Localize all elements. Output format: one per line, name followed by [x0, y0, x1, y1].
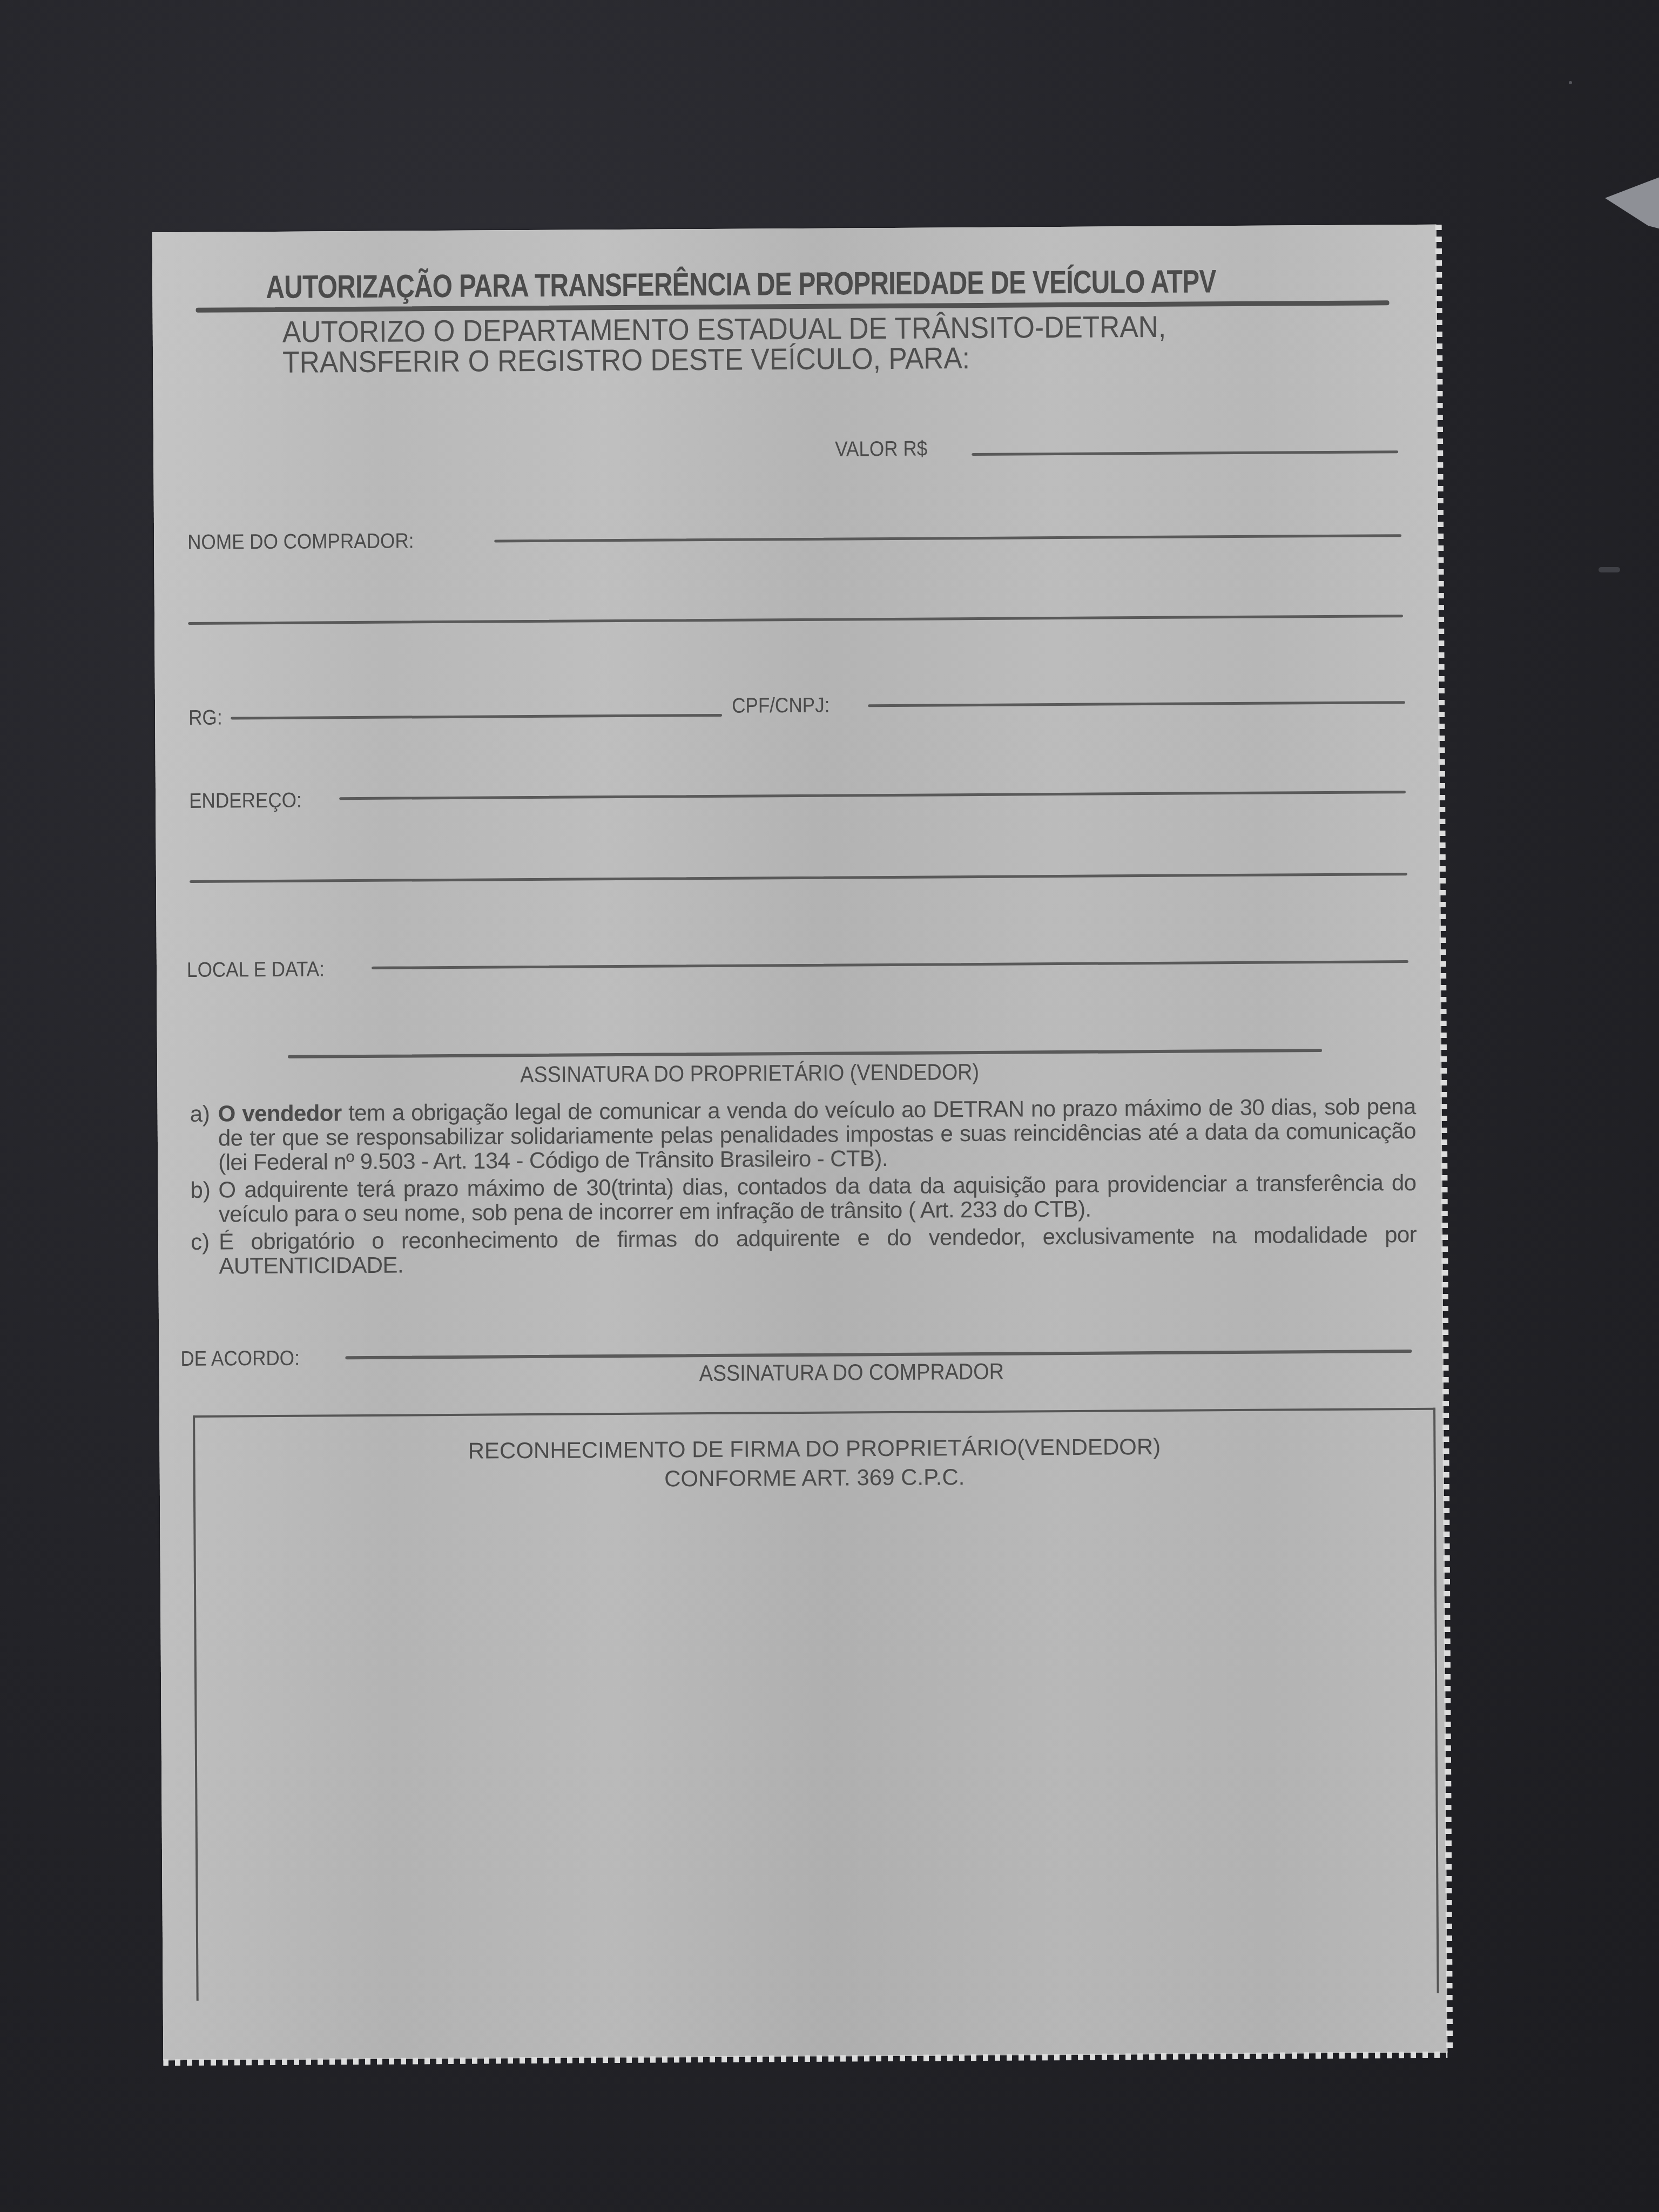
- dust-speck: [1569, 81, 1572, 84]
- note-body: tem a obrigação legal de comunicar a ven…: [218, 1094, 1416, 1175]
- note-text: O adquirente terá prazo máximo de 30(tri…: [218, 1170, 1417, 1226]
- vendedor-signature-line[interactable]: [288, 1049, 1322, 1058]
- vendedor-signature-caption: ASSINATURA DO PROPRIETÁRIO (VENDEDOR): [520, 1059, 979, 1088]
- local-data-label: LOCAL E DATA:: [187, 957, 325, 982]
- legal-note-b: b) O adquirente terá prazo máximo de 30(…: [190, 1170, 1417, 1226]
- notary-recognition-box[interactable]: RECONHECIMENTO DE FIRMA DO PROPRIETÁRIO(…: [193, 1408, 1439, 2001]
- endereco-label: ENDEREÇO:: [189, 789, 302, 813]
- note-letter: a): [190, 1102, 219, 1175]
- rg-label: RG:: [188, 706, 222, 730]
- perforated-edge-right: [1435, 225, 1453, 2053]
- note-bold-lead: O vendedor: [218, 1100, 342, 1126]
- cpf-cnpj-label: CPF/CNPJ:: [732, 694, 830, 718]
- paper-scrap-corner: [1605, 157, 1659, 243]
- rg-field[interactable]: [231, 714, 722, 720]
- legal-notes: a) O vendedor tem a obrigação legal de c…: [190, 1094, 1417, 1282]
- local-data-field[interactable]: [372, 960, 1408, 969]
- atpv-form: AUTORIZAÇÃO PARA TRANSFERÊNCIA DE PROPRI…: [152, 225, 1448, 2060]
- legal-note-a: a) O vendedor tem a obrigação legal de c…: [190, 1094, 1417, 1175]
- comprador-signature-line[interactable]: [345, 1350, 1412, 1359]
- dust-speck: [1599, 567, 1620, 572]
- note-text: O vendedor tem a obrigação legal de comu…: [218, 1094, 1417, 1175]
- nome-comprador-field[interactable]: [494, 534, 1401, 542]
- note-text: É obrigatório o reconhecimento de firmas…: [219, 1222, 1417, 1278]
- de-acordo-label: DE ACORDO:: [180, 1347, 300, 1371]
- nome-comprador-field-line-2[interactable]: [188, 615, 1403, 625]
- form-subtitle: AUTORIZO O DEPARTAMENTO ESTADUAL DE TRÂN…: [282, 312, 1166, 377]
- notary-box-content: [195, 1410, 1433, 1418]
- form-title: AUTORIZAÇÃO PARA TRANSFERÊNCIA DE PROPRI…: [266, 262, 1216, 306]
- comprador-signature-caption: ASSINATURA DO COMPRADOR: [699, 1359, 1004, 1386]
- valor-field[interactable]: [972, 450, 1398, 456]
- nome-comprador-label: NOME DO COMPRADOR:: [187, 529, 414, 555]
- endereco-field[interactable]: [339, 791, 1406, 800]
- cpf-cnpj-field[interactable]: [868, 701, 1405, 707]
- endereco-field-line-2[interactable]: [190, 873, 1407, 883]
- note-letter: b): [190, 1178, 219, 1226]
- notary-box-title: RECONHECIMENTO DE FIRMA DO PROPRIETÁRIO(…: [195, 1431, 1434, 1496]
- note-letter: c): [191, 1230, 219, 1278]
- subtitle-line-2: TRANSFERIR O REGISTRO DESTE VEÍCULO, PAR…: [282, 342, 1166, 377]
- legal-note-c: c) É obrigatório o reconhecimento de fir…: [191, 1222, 1417, 1278]
- perforated-edge-bottom: [163, 2052, 1447, 2066]
- valor-label: VALOR R$: [835, 437, 927, 462]
